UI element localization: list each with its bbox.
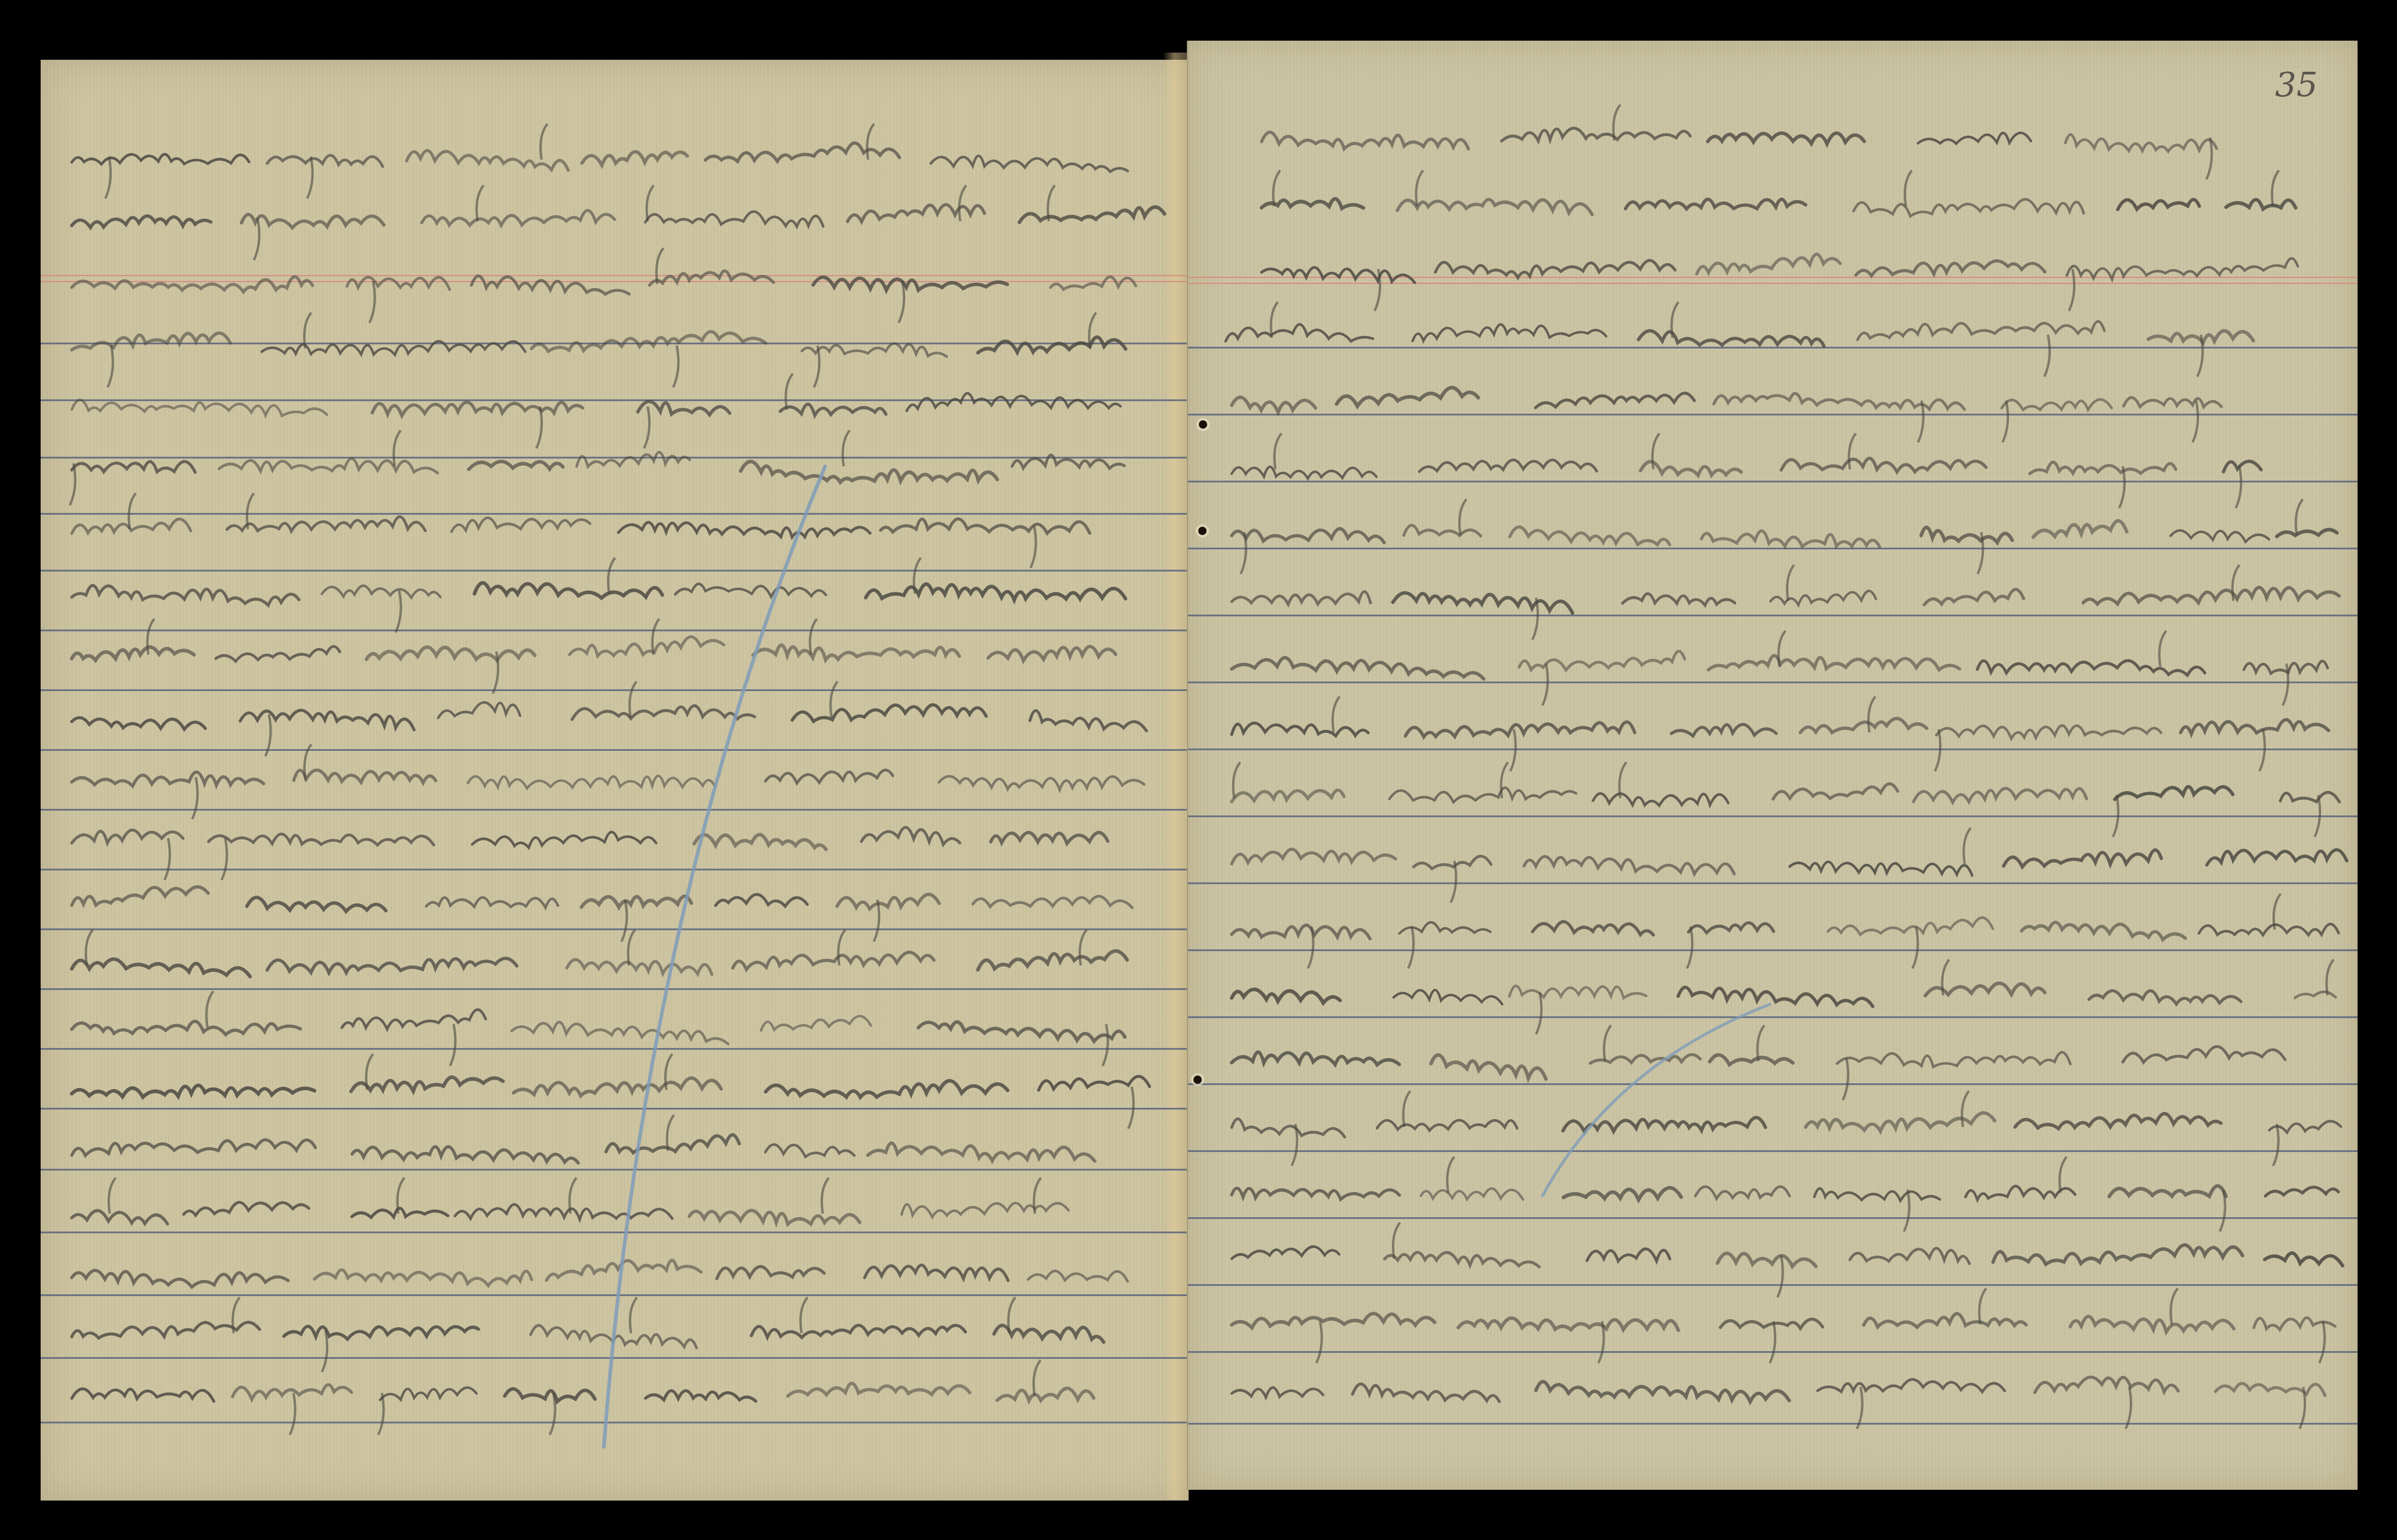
binding-edge — [1187, 41, 1188, 1490]
handwritten-line — [72, 133, 1124, 175]
staple-hole — [1193, 1075, 1202, 1084]
handwritten-line — [72, 814, 1112, 856]
handwritten-line — [72, 567, 1124, 609]
handwritten-line — [1262, 245, 2296, 287]
handwritten-line — [72, 1187, 1112, 1229]
ruled-line — [41, 1232, 1187, 1233]
handwritten-line — [1232, 1034, 2332, 1076]
handwritten-line — [72, 257, 1124, 299]
handwritten-line — [1262, 114, 2212, 155]
page-number: 35 — [2275, 66, 2317, 105]
handwritten-line — [72, 1063, 1136, 1105]
handwritten-line — [1232, 377, 2248, 418]
ruled-line — [41, 1294, 1187, 1296]
ruled-line — [41, 1422, 1187, 1423]
ruled-line — [1188, 748, 2358, 750]
ruled-line — [41, 809, 1187, 811]
handwritten-line — [1232, 705, 2332, 747]
ruled-line — [1188, 949, 2358, 951]
handwritten-line — [1232, 508, 2332, 550]
ruled-line — [1188, 815, 2358, 817]
ruled-line — [41, 1048, 1187, 1050]
ruled-line — [1188, 682, 2358, 683]
ruled-line — [41, 869, 1187, 870]
ruled-line — [41, 1108, 1187, 1110]
ruled-line — [1188, 1423, 2358, 1425]
handwritten-line — [72, 383, 1112, 424]
handwritten-line — [1232, 1232, 2332, 1273]
handwritten-line — [1232, 442, 2248, 484]
handwritten-line — [1232, 1100, 2332, 1142]
ruled-line — [1188, 1284, 2358, 1286]
ruled-line — [41, 1357, 1187, 1359]
ruled-line — [41, 749, 1187, 751]
handwritten-line — [1262, 179, 2284, 221]
handwritten-line — [72, 690, 1124, 732]
ruled-line — [41, 1169, 1187, 1171]
handwritten-line — [1232, 1166, 2332, 1208]
staple-hole — [1198, 527, 1207, 535]
handwritten-line — [72, 753, 1124, 795]
handwritten-line — [1232, 837, 2332, 879]
handwritten-line — [72, 939, 1112, 980]
handwritten-line — [72, 439, 1124, 481]
ruled-line — [41, 928, 1187, 930]
handwritten-line — [72, 1369, 1136, 1411]
handwritten-line — [72, 1306, 1112, 1348]
ruled-line — [1188, 1016, 2358, 1018]
ruled-line — [1188, 1150, 2358, 1152]
handwritten-line — [1232, 968, 2332, 1010]
handwritten-line — [72, 1000, 1112, 1042]
handwritten-line — [72, 1124, 1124, 1166]
ruled-line — [41, 988, 1187, 990]
handwritten-line — [72, 322, 1124, 363]
ruled-line — [1188, 882, 2358, 884]
handwritten-line — [72, 502, 1136, 544]
handwritten-line — [1226, 311, 2248, 353]
handwritten-line — [72, 1249, 1124, 1291]
binding-fold — [1163, 53, 1188, 1499]
handwritten-line — [72, 194, 1148, 236]
handwritten-line — [1232, 1297, 2332, 1339]
handwritten-line — [1232, 903, 2332, 945]
handwritten-line — [1232, 640, 2332, 682]
ruled-line — [1188, 1217, 2358, 1219]
handwritten-line — [1232, 574, 2332, 616]
handwritten-line — [1232, 771, 2332, 813]
handwritten-line — [1232, 1363, 2332, 1405]
handwritten-line — [72, 876, 1124, 918]
handwritten-line — [72, 628, 1112, 670]
staple-hole — [1199, 420, 1207, 429]
ruled-line — [1188, 1083, 2358, 1085]
